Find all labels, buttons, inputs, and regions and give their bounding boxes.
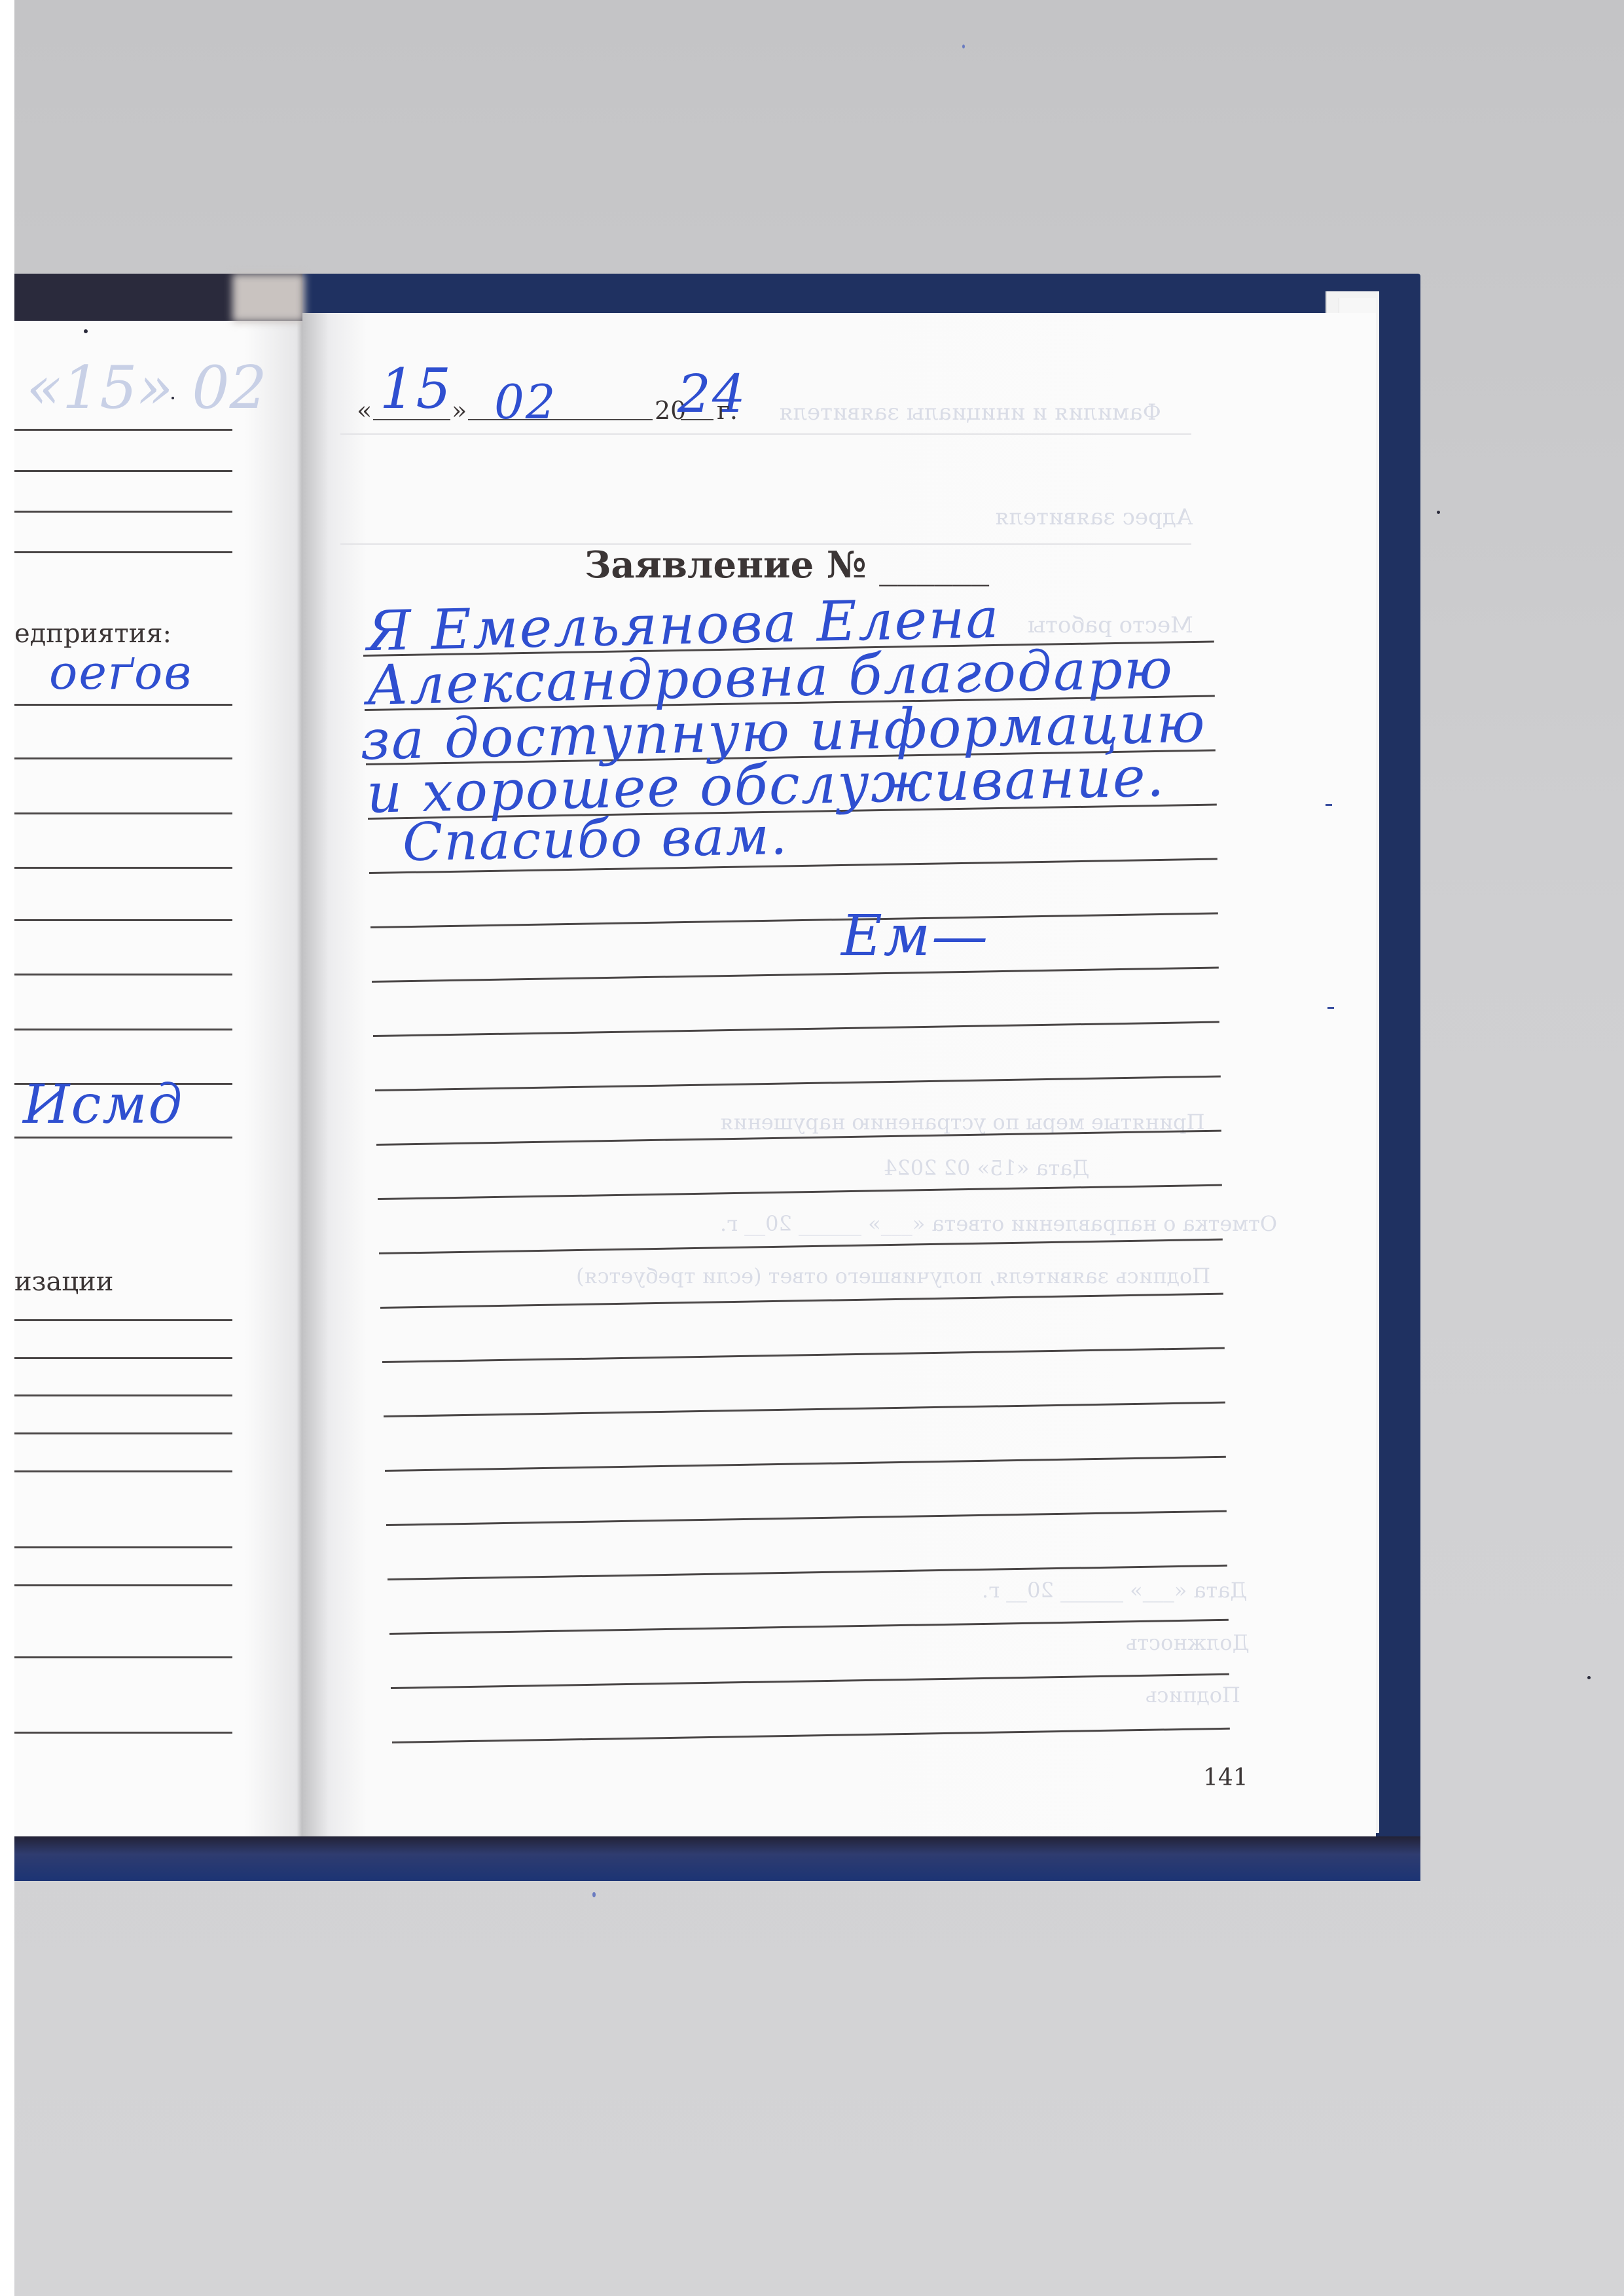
left-rule xyxy=(14,704,232,706)
left-rule xyxy=(14,1319,232,1321)
date-year-mark: г. xyxy=(717,396,738,425)
right-page xyxy=(302,313,1376,1836)
body-line-5: Спасибо вам. xyxy=(402,805,789,873)
left-rule xyxy=(14,1357,232,1359)
ghost-form-6: Должность xyxy=(1126,1630,1250,1655)
scan-speck xyxy=(84,329,88,333)
left-rule xyxy=(14,1732,232,1734)
spine xyxy=(232,274,304,322)
scan-speck xyxy=(592,1892,596,1897)
scan-speck xyxy=(1437,511,1440,514)
date-month: 02 xyxy=(494,374,557,429)
date-open-quote: « xyxy=(357,396,372,425)
scan-mark xyxy=(1327,1007,1334,1009)
ghost-form-7: Подпись xyxy=(1146,1683,1240,1707)
page-title-number: ______ xyxy=(879,544,989,587)
left-label-organization: изации xyxy=(14,1267,113,1297)
page-number: 141 xyxy=(1203,1764,1248,1791)
date-day: 15 xyxy=(380,357,452,421)
left-rule xyxy=(14,1546,232,1548)
left-rule xyxy=(14,1394,232,1396)
left-rule xyxy=(14,974,232,975)
left-rule xyxy=(14,1656,232,1658)
ghost-header-3: Место работы xyxy=(1028,612,1193,638)
left-rule xyxy=(14,867,232,869)
ghost-header-2: Адрес заявителя xyxy=(995,504,1193,530)
left-rule xyxy=(14,1029,232,1030)
ghost-form-5: Дата «___» ______ 20__ г. xyxy=(982,1578,1247,1603)
left-rule xyxy=(14,470,232,472)
ghost-form-2: Дата «15» 02 2024 xyxy=(884,1156,1089,1180)
ghost-rule xyxy=(340,433,1191,435)
left-rule xyxy=(14,511,232,513)
ghost-form-4: Подпись заявителя, получившего ответ (ес… xyxy=(576,1264,1210,1288)
book-bottom-edge xyxy=(14,1836,1420,1881)
left-rule xyxy=(14,551,232,553)
left-ghost-date: «15» 02 xyxy=(26,354,267,422)
left-signature: Исмд xyxy=(23,1074,183,1136)
left-rule xyxy=(14,1470,232,1472)
scan-speck xyxy=(171,397,174,399)
ghost-form-3: Отметка о направлении ответа «___» _____… xyxy=(720,1211,1277,1236)
ghost-header-1: Фамилия и инициалы заявителя xyxy=(779,399,1161,426)
signature: Ем— xyxy=(841,903,989,969)
left-rule xyxy=(14,1432,232,1434)
left-rule xyxy=(14,1137,232,1139)
scan-speck xyxy=(1587,1676,1591,1679)
left-rule xyxy=(14,429,232,431)
left-rule xyxy=(14,757,232,759)
left-rule xyxy=(14,1584,232,1586)
page-title: Заявление № ______ xyxy=(585,543,989,587)
left-rule xyxy=(14,919,232,921)
scan-speck xyxy=(962,45,965,48)
left-handwriting-fragment: оеґов xyxy=(49,645,192,700)
scan-mark xyxy=(1326,804,1332,806)
left-rule xyxy=(14,812,232,814)
page-title-text: Заявление № xyxy=(585,543,867,587)
date-close-quote: » xyxy=(452,396,467,425)
